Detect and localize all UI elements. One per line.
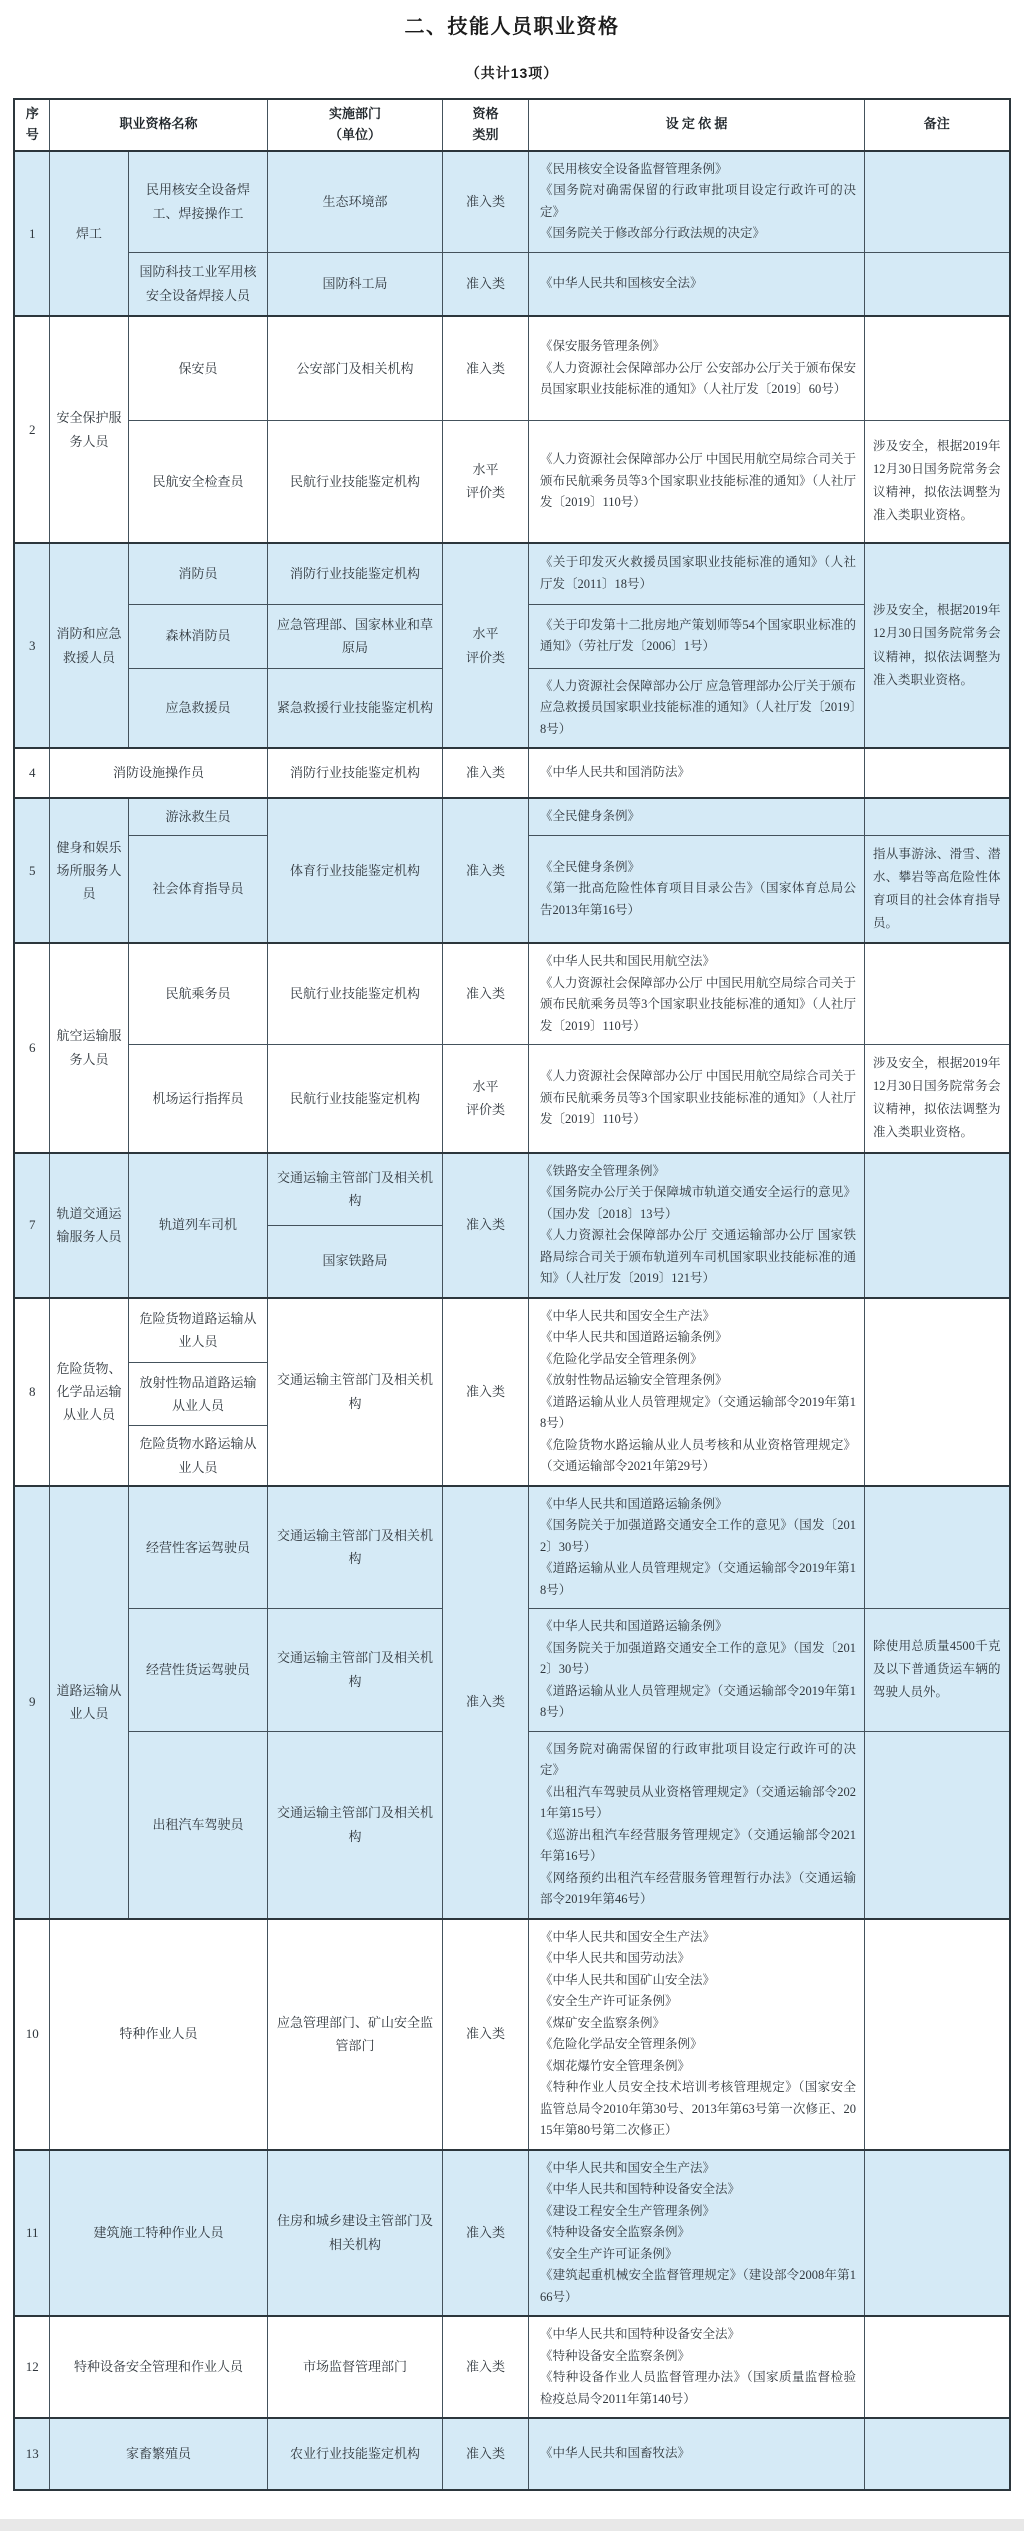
page-subtitle: （共计13项） <box>0 63 1024 83</box>
row1-sub2-type: 准入类 <box>443 252 529 316</box>
row3-sub1-name: 消防员 <box>128 543 267 604</box>
table-row: 11 建筑施工特种作业人员 住房和城乡建设主管部门及相关机构 准入类 《中华人民… <box>14 2150 1009 2317</box>
row2-sub1-name: 保安员 <box>128 316 267 420</box>
row7-note <box>865 1153 1010 1298</box>
row7-basis: 《铁路安全管理条例》 《国务院办公厅关于保障城市轨道交通安全运行的意见》（国办发… <box>529 1153 865 1298</box>
row10-note <box>865 1919 1010 2150</box>
row1-sub1-note <box>865 151 1010 253</box>
row13-name: 家畜繁殖员 <box>49 2418 267 2490</box>
row8-sub3-name: 危险货物水路运输从业人员 <box>128 1426 267 1486</box>
row2-group-name: 安全保护服务人员 <box>49 316 128 543</box>
qualifications-table: 序 号 职业资格名称 实施部门 （单位） 资格 类别 设 定 依 据 备注 1 … <box>13 98 1010 2491</box>
row9-sub1-dept: 交通运输主管部门及相关机构 <box>268 1486 443 1609</box>
row10-name: 特种作业人员 <box>49 1919 267 2150</box>
row9-sub3-basis: 《国务院对确需保留的行政审批项目设定行政许可的决定》 《出租汽车驾驶员从业资格管… <box>529 1731 865 1919</box>
row9-sub1-note <box>865 1486 1010 1609</box>
row3-sub2-dept: 应急管理部、国家林业和草原局 <box>268 604 443 668</box>
row7-name: 轨道列车司机 <box>128 1153 267 1298</box>
row5-sub1-name: 游泳救生员 <box>128 798 267 835</box>
row5-dept: 体育行业技能鉴定机构 <box>268 798 443 943</box>
table-row: 1 焊工 民用核安全设备焊工、焊接操作工 生态环境部 准入类 《民用核安全设备监… <box>14 151 1009 253</box>
row5-sub2-basis: 《全民健身条例》 《第一批高危险性体育项目目录公告》（国家体育总局公告2013年… <box>529 835 865 943</box>
row9-group-name: 道路运输从业人员 <box>49 1486 128 1919</box>
row13-dept: 农业行业技能鉴定机构 <box>268 2418 443 2490</box>
row5-seq: 5 <box>14 798 49 943</box>
row8-dept: 交通运输主管部门及相关机构 <box>268 1298 443 1486</box>
row2-sub2-basis: 《人力资源社会保障部办公厅 中国民用航空局综合司关于颁布民航乘务员等3个国家职业… <box>529 420 865 543</box>
row4-seq: 4 <box>14 748 49 798</box>
row6-sub1-type: 准入类 <box>443 943 529 1045</box>
page-bottom-strip <box>0 2519 1024 2531</box>
row1-group-name: 焊工 <box>49 151 128 317</box>
row1-sub1-basis: 《民用核安全设备监督管理条例》 《国务院对确需保留的行政审批项目设定行政许可的决… <box>529 151 865 253</box>
row12-type: 准入类 <box>443 2316 529 2418</box>
row2-sub2-type: 水平 评价类 <box>443 420 529 543</box>
row13-note <box>865 2418 1010 2490</box>
row9-sub2-dept: 交通运输主管部门及相关机构 <box>268 1609 443 1732</box>
row11-seq: 11 <box>14 2150 49 2317</box>
table-row: 12 特种设备安全管理和作业人员 市场监督管理部门 准入类 《中华人民共和国特种… <box>14 2316 1009 2418</box>
row1-sub2-name: 国防科技工业军用核安全设备焊接人员 <box>128 252 267 316</box>
row3-sub1-dept: 消防行业技能鉴定机构 <box>268 543 443 604</box>
row10-dept: 应急管理部门、矿山安全监管部门 <box>268 1919 443 2150</box>
row12-name: 特种设备安全管理和作业人员 <box>49 2316 267 2418</box>
row11-type: 准入类 <box>443 2150 529 2317</box>
row5-sub1-basis: 《全民健身条例》 <box>529 798 865 835</box>
header-dept: 实施部门 （单位） <box>268 99 443 151</box>
row10-type: 准入类 <box>443 1919 529 2150</box>
table-row: 8 危险货物、化学品运输从业人员 危险货物道路运输从业人员 交通运输主管部门及相… <box>14 1298 1009 1363</box>
row11-note <box>865 2150 1010 2317</box>
row13-type: 准入类 <box>443 2418 529 2490</box>
row6-sub2-type: 水平 评价类 <box>443 1045 529 1153</box>
row6-sub2-dept: 民航行业技能鉴定机构 <box>268 1045 443 1153</box>
row4-basis: 《中华人民共和国消防法》 <box>529 748 865 798</box>
row4-note <box>865 748 1010 798</box>
row7-group-name: 轨道交通运输服务人员 <box>49 1153 128 1298</box>
row4-dept: 消防行业技能鉴定机构 <box>268 748 443 798</box>
header-type: 资格 类别 <box>443 99 529 151</box>
row1-sub1-name: 民用核安全设备焊工、焊接操作工 <box>128 151 267 253</box>
row4-type: 准入类 <box>443 748 529 798</box>
table-row: 5 健身和娱乐场所服务人员 游泳救生员 体育行业技能鉴定机构 准入类 《全民健身… <box>14 798 1009 835</box>
header-no: 序 号 <box>14 99 49 151</box>
row3-sub2-name: 森林消防员 <box>128 604 267 668</box>
row6-sub1-dept: 民航行业技能鉴定机构 <box>268 943 443 1045</box>
row2-seq: 2 <box>14 316 49 543</box>
table-row: 机场运行指挥员 民航行业技能鉴定机构 水平 评价类 《人力资源社会保障部办公厅 … <box>14 1045 1009 1153</box>
row6-seq: 6 <box>14 943 49 1153</box>
table-row: 3 消防和应急救援人员 消防员 消防行业技能鉴定机构 水平 评价类 《关于印发灭… <box>14 543 1009 604</box>
row6-sub2-name: 机场运行指挥员 <box>128 1045 267 1153</box>
row1-sub2-basis: 《中华人民共和国核安全法》 <box>529 252 865 316</box>
table-row: 9 道路运输从业人员 经营性客运驾驶员 交通运输主管部门及相关机构 准入类 《中… <box>14 1486 1009 1609</box>
row5-type: 准入类 <box>443 798 529 943</box>
row8-sub1-name: 危险货物道路运输从业人员 <box>128 1298 267 1363</box>
row4-name: 消防设施操作员 <box>49 748 267 798</box>
row9-sub3-note <box>865 1731 1010 1919</box>
row9-seq: 9 <box>14 1486 49 1919</box>
table-row: 6 航空运输服务人员 民航乘务员 民航行业技能鉴定机构 准入类 《中华人民共和国… <box>14 943 1009 1045</box>
row3-sub1-basis: 《关于印发灭火救援员国家职业技能标准的通知》（人社厅发〔2011〕18号） <box>529 543 865 604</box>
row9-sub1-basis: 《中华人民共和国道路运输条例》 《国务院关于加强道路交通安全工作的意见》（国发〔… <box>529 1486 865 1609</box>
row2-sub1-dept: 公安部门及相关机构 <box>268 316 443 420</box>
row1-sub1-dept: 生态环境部 <box>268 151 443 253</box>
row13-basis: 《中华人民共和国畜牧法》 <box>529 2418 865 2490</box>
row8-sub2-name: 放射性物品道路运输从业人员 <box>128 1362 267 1426</box>
row12-seq: 12 <box>14 2316 49 2418</box>
row9-sub3-name: 出租汽车驾驶员 <box>128 1731 267 1919</box>
table-row: 国防科技工业军用核安全设备焊接人员 国防科工局 准入类 《中华人民共和国核安全法… <box>14 252 1009 316</box>
row6-sub1-note <box>865 943 1010 1045</box>
row3-sub3-name: 应急救援员 <box>128 668 267 748</box>
row12-note <box>865 2316 1010 2418</box>
row3-note: 涉及安全，根据2019年12月30日国务院常务会议精神，拟依法调整为准入类职业资… <box>865 543 1010 748</box>
row6-sub2-note: 涉及安全，根据2019年12月30日国务院常务会议精神，拟依法调整为准入类职业资… <box>865 1045 1010 1153</box>
row9-sub3-dept: 交通运输主管部门及相关机构 <box>268 1731 443 1919</box>
row9-type: 准入类 <box>443 1486 529 1919</box>
row5-sub2-note: 指从事游泳、滑雪、潜水、攀岩等高危险性体育项目的社会体育指导员。 <box>865 835 1010 943</box>
header-row: 序 号 职业资格名称 实施部门 （单位） 资格 类别 设 定 依 据 备注 <box>14 99 1009 151</box>
row7-dept1: 交通运输主管部门及相关机构 <box>268 1153 443 1226</box>
row3-sub3-dept: 紧急救援行业技能鉴定机构 <box>268 668 443 748</box>
row5-sub2-name: 社会体育指导员 <box>128 835 267 943</box>
page-title: 二、技能人员职业资格 <box>0 10 1024 39</box>
row10-seq: 10 <box>14 1919 49 2150</box>
row2-sub1-note <box>865 316 1010 420</box>
row12-basis: 《中华人民共和国特种设备安全法》 《特种设备安全监察条例》 《特种设备作业人员监… <box>529 2316 865 2418</box>
row8-basis: 《中华人民共和国安全生产法》 《中华人民共和国道路运输条例》 《危险化学品安全管… <box>529 1298 865 1486</box>
row3-group-name: 消防和应急救援人员 <box>49 543 128 748</box>
row3-seq: 3 <box>14 543 49 748</box>
row8-note <box>865 1298 1010 1486</box>
row6-group-name: 航空运输服务人员 <box>49 943 128 1153</box>
header-note: 备注 <box>865 99 1010 151</box>
row9-sub2-basis: 《中华人民共和国道路运输条例》 《国务院关于加强道路交通安全工作的意见》（国发〔… <box>529 1609 865 1732</box>
table-row: 2 安全保护服务人员 保安员 公安部门及相关机构 准入类 《保安服务管理条例》 … <box>14 316 1009 420</box>
row1-sub1-type: 准入类 <box>443 151 529 253</box>
row3-sub3-basis: 《人力资源社会保障部办公厅 应急管理部办公厅关于颁布应急救援员国家职业技能标准的… <box>529 668 865 748</box>
row2-sub2-dept: 民航行业技能鉴定机构 <box>268 420 443 543</box>
document-page: 二、技能人员职业资格 （共计13项） 序 号 职业资格名称 实施部门 （单位） … <box>0 10 1024 2531</box>
table-row: 10 特种作业人员 应急管理部门、矿山安全监管部门 准入类 《中华人民共和国安全… <box>14 1919 1009 2150</box>
row5-sub1-note <box>865 798 1010 835</box>
row6-sub1-basis: 《中华人民共和国民用航空法》 《人力资源社会保障部办公厅 中国民用航空局综合司关… <box>529 943 865 1045</box>
row9-sub1-name: 经营性客运驾驶员 <box>128 1486 267 1609</box>
row6-sub1-name: 民航乘务员 <box>128 943 267 1045</box>
row2-sub1-basis: 《保安服务管理条例》 《人力资源社会保障部办公厅 公安部办公厅关于颁布保安员国家… <box>529 316 865 420</box>
row11-name: 建筑施工特种作业人员 <box>49 2150 267 2317</box>
row3-sub2-basis: 《关于印发第十二批房地产策划师等54个国家职业标准的通知》（劳社厅发〔2006〕… <box>529 604 865 668</box>
table-row: 4 消防设施操作员 消防行业技能鉴定机构 准入类 《中华人民共和国消防法》 <box>14 748 1009 798</box>
row5-group-name: 健身和娱乐场所服务人员 <box>49 798 128 943</box>
row3-type: 水平 评价类 <box>443 543 529 748</box>
row8-type: 准入类 <box>443 1298 529 1486</box>
row6-sub2-basis: 《人力资源社会保障部办公厅 中国民用航空局综合司关于颁布民航乘务员等3个国家职业… <box>529 1045 865 1153</box>
row8-seq: 8 <box>14 1298 49 1486</box>
row1-sub2-note <box>865 252 1010 316</box>
header-name: 职业资格名称 <box>49 99 267 151</box>
row9-sub2-name: 经营性货运驾驶员 <box>128 1609 267 1732</box>
row2-sub2-note: 涉及安全，根据2019年12月30日国务院常务会议精神，拟依法调整为准入类职业资… <box>865 420 1010 543</box>
row10-basis: 《中华人民共和国安全生产法》 《中华人民共和国劳动法》 《中华人民共和国矿山安全… <box>529 1919 865 2150</box>
row2-sub2-name: 民航安全检查员 <box>128 420 267 543</box>
header-basis: 设 定 依 据 <box>529 99 865 151</box>
table-row: 7 轨道交通运输服务人员 轨道列车司机 交通运输主管部门及相关机构 准入类 《铁… <box>14 1153 1009 1226</box>
row8-group-name: 危险货物、化学品运输从业人员 <box>49 1298 128 1486</box>
row1-sub2-dept: 国防科工局 <box>268 252 443 316</box>
row7-dept2: 国家铁路局 <box>268 1225 443 1298</box>
row7-seq: 7 <box>14 1153 49 1298</box>
row7-type: 准入类 <box>443 1153 529 1298</box>
row2-sub1-type: 准入类 <box>443 316 529 420</box>
row12-dept: 市场监督管理部门 <box>268 2316 443 2418</box>
row11-dept: 住房和城乡建设主管部门及相关机构 <box>268 2150 443 2317</box>
row1-seq: 1 <box>14 151 49 317</box>
row13-seq: 13 <box>14 2418 49 2490</box>
row9-sub2-note: 除使用总质量4500千克及以下普通货运车辆的驾驶人员外。 <box>865 1609 1010 1732</box>
row11-basis: 《中华人民共和国安全生产法》 《中华人民共和国特种设备安全法》 《建设工程安全生… <box>529 2150 865 2317</box>
table-row: 民航安全检查员 民航行业技能鉴定机构 水平 评价类 《人力资源社会保障部办公厅 … <box>14 420 1009 543</box>
table-row: 13 家畜繁殖员 农业行业技能鉴定机构 准入类 《中华人民共和国畜牧法》 <box>14 2418 1009 2490</box>
